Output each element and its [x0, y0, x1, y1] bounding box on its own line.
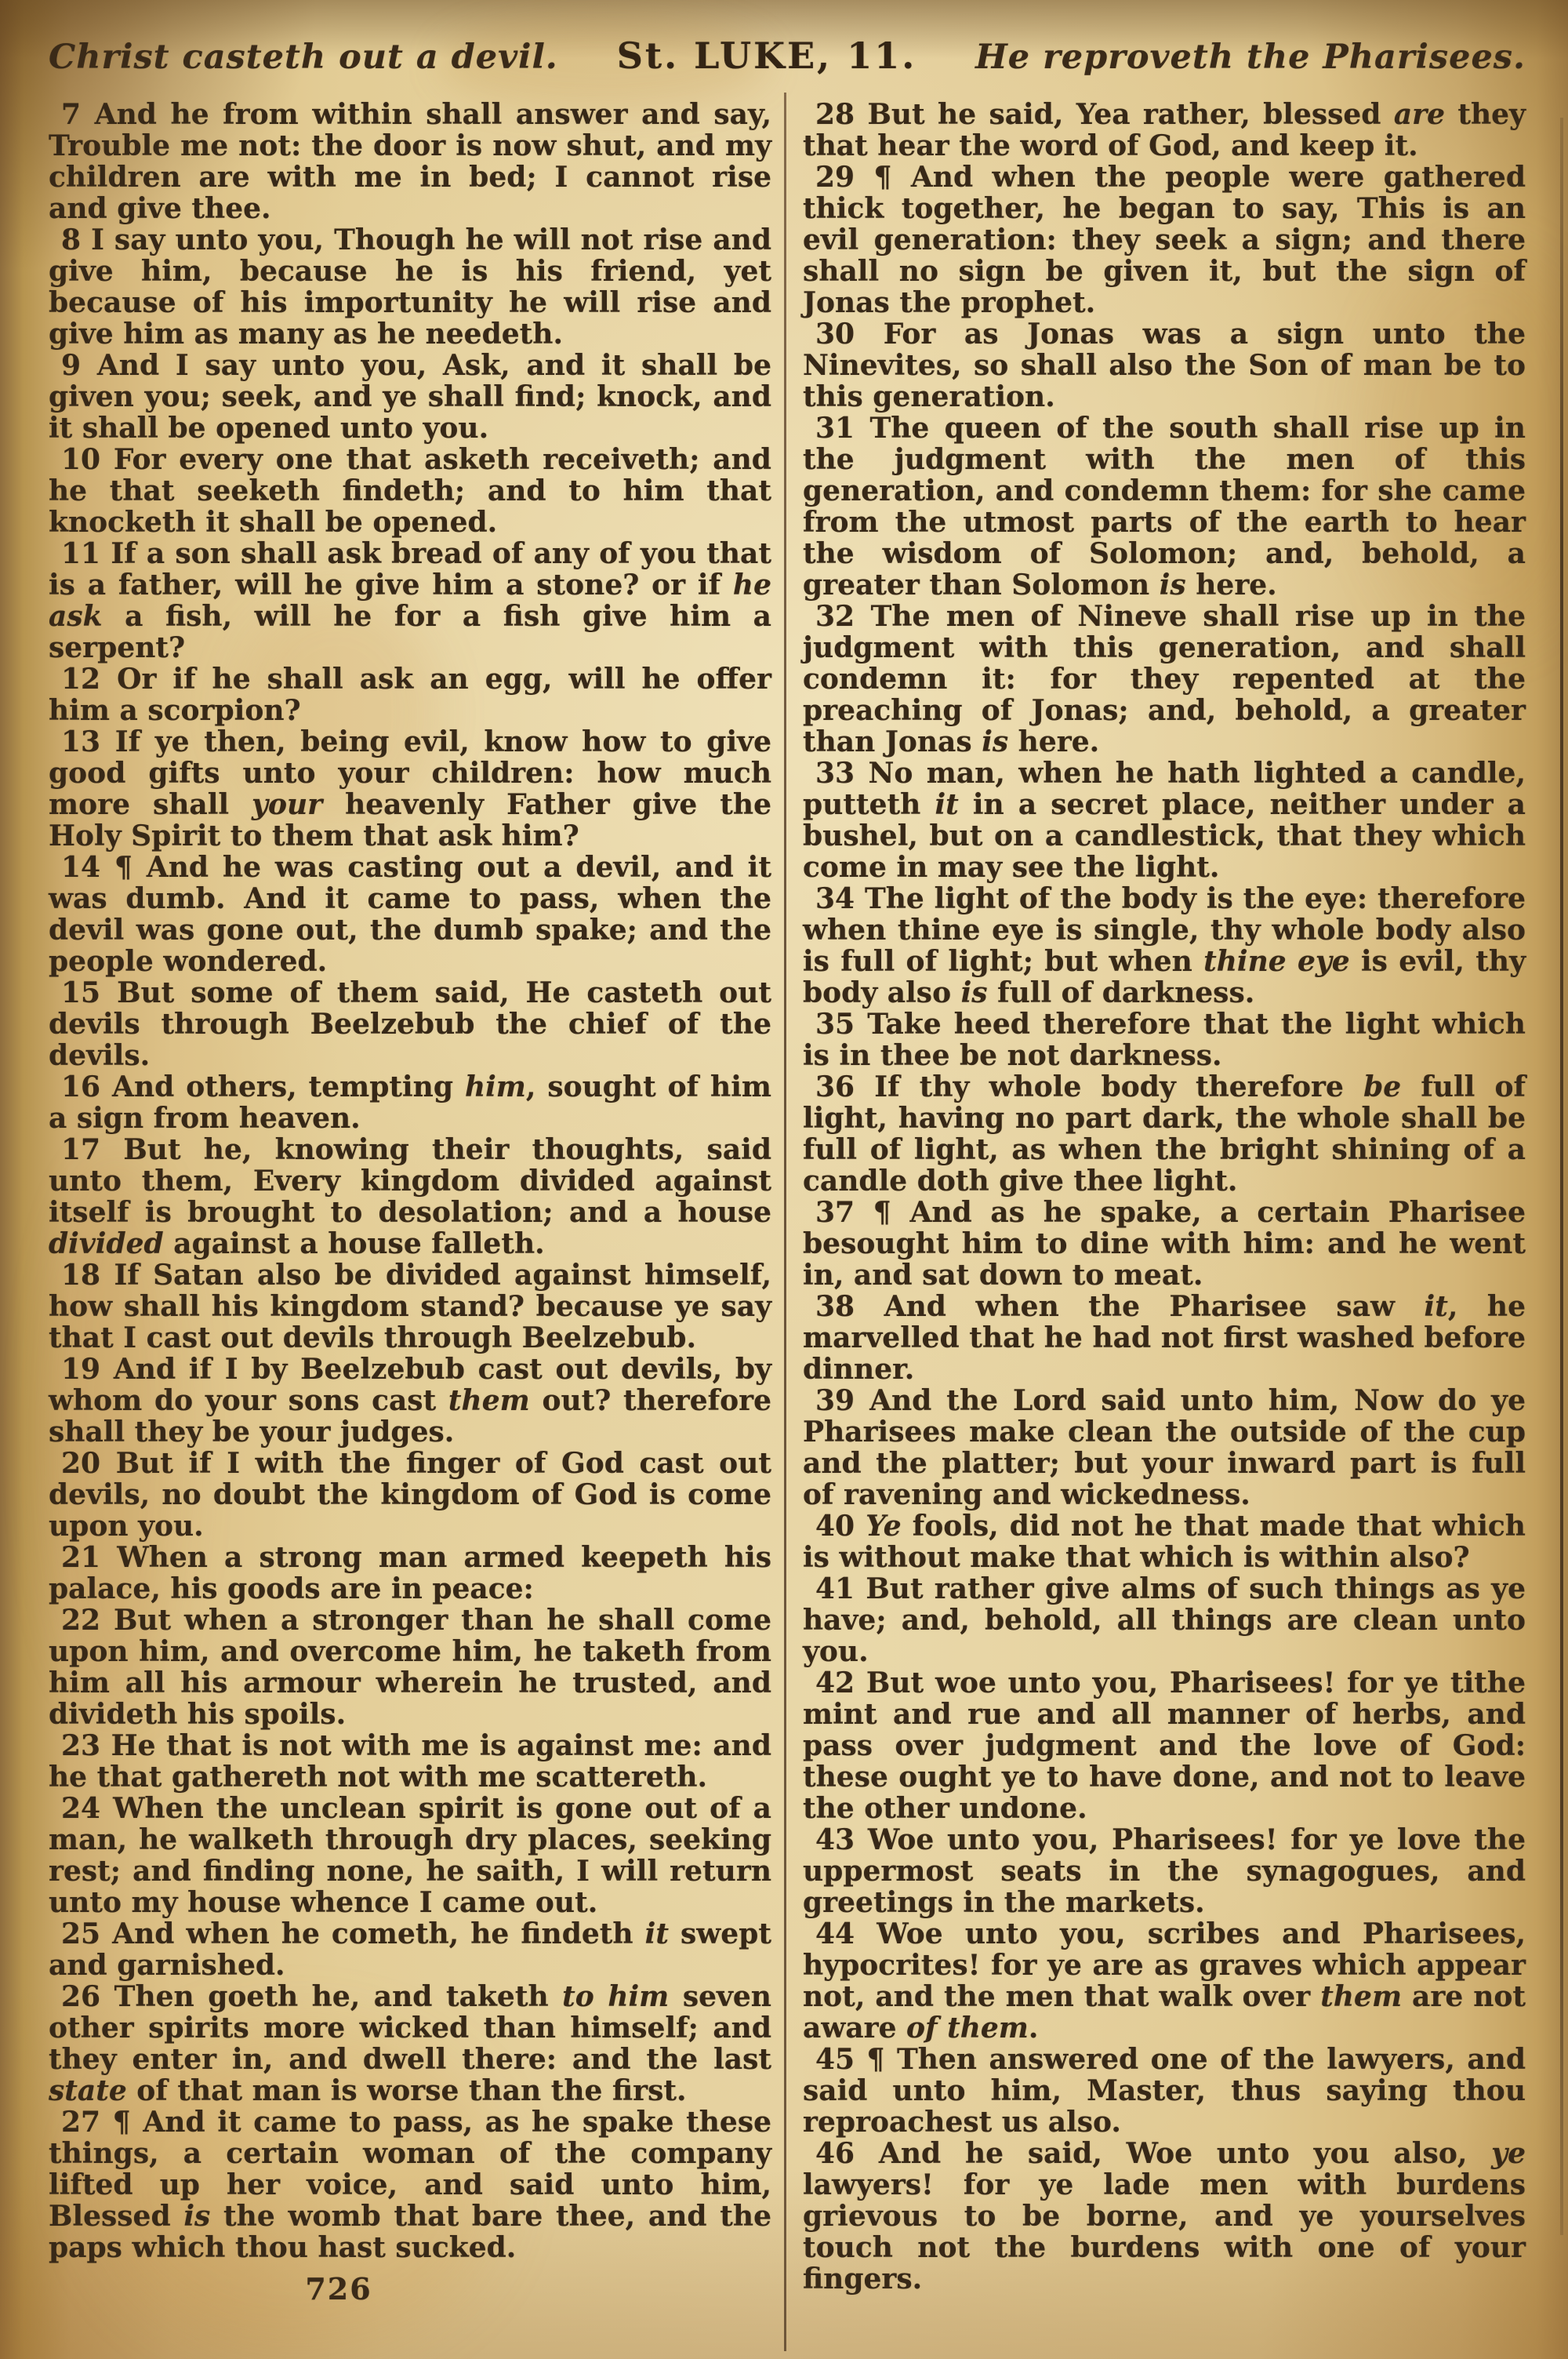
verse-45: 45 ¶ Then answered one of the lawyers, a…	[803, 2044, 1526, 2138]
italic-supplied-word: is	[1160, 569, 1186, 602]
verse-18: 18 If Satan also be divided against hims…	[49, 1259, 771, 1354]
verse-34: 34 The light of the body is the eye: the…	[803, 883, 1526, 1009]
verse-number: 41	[815, 1572, 855, 1605]
verse-28: 28 But he said, Yea rather, blessed are …	[803, 99, 1526, 162]
verse-19: 19 And if I by Beelzebub cast out devils…	[49, 1354, 771, 1448]
verse-7: 7 And he from within shall answer and sa…	[49, 99, 771, 224]
verse-number: 40	[815, 1510, 855, 1543]
verse-21: 21 When a strong man armed keepeth his p…	[49, 1542, 771, 1605]
italic-supplied-word: Ye	[866, 1510, 901, 1543]
page-number: 726	[49, 2271, 629, 2306]
verse-10: 10 For every one that asketh receiveth; …	[49, 444, 771, 538]
italic-supplied-word: state	[49, 2074, 127, 2107]
verse-9: 9 And I say unto you, Ask, and it shall …	[49, 350, 771, 444]
verse-number: 45 ¶	[815, 2043, 884, 2076]
page-edge-rule	[1560, 118, 1563, 2235]
italic-supplied-word: he ask	[49, 569, 771, 633]
running-header: Christ casteth out a devil. St. LUKE, 11…	[49, 35, 1526, 77]
verse-number: 10	[61, 443, 100, 476]
italic-supplied-word: are	[1394, 98, 1445, 131]
italic-supplied-word: to him	[562, 1980, 669, 2013]
italic-supplied-word: your	[252, 788, 322, 821]
verse-27: 27 ¶ And it came to pass, as he spake th…	[49, 2106, 771, 2263]
running-header-left: Christ casteth out a devil.	[49, 38, 558, 77]
verse-number: 11	[61, 537, 100, 570]
verse-number: 25	[61, 1917, 100, 1950]
italic-supplied-word: ye	[1491, 2137, 1526, 2170]
italic-supplied-word: him	[465, 1070, 526, 1103]
verse-number: 18	[61, 1259, 100, 1292]
verse-33: 33 No man, when he hath lighted a candle…	[803, 758, 1526, 883]
verse-number: 17	[61, 1133, 100, 1166]
verse-number: 32	[815, 600, 855, 633]
verse-number: 14 ¶	[61, 851, 132, 884]
verse-31: 31 The queen of the south shall rise up …	[803, 413, 1526, 601]
verse-20: 20 But if I with the finger of God cast …	[49, 1448, 771, 1542]
verse-42: 42 But woe unto you, Pharisees! for ye t…	[803, 1667, 1526, 1824]
verse-36: 36 If thy whole body therefore be full o…	[803, 1071, 1526, 1197]
verse-number: 39	[815, 1384, 855, 1417]
verse-number: 23	[61, 1729, 100, 1762]
italic-supplied-word: them	[1320, 1980, 1402, 2013]
italic-supplied-word: is	[183, 2200, 210, 2233]
verse-14: 14 ¶ And he was casting out a devil, and…	[49, 852, 771, 977]
verse-number: 16	[61, 1070, 100, 1103]
verse-24: 24 When the unclean spirit is gone out o…	[49, 1793, 771, 1918]
verse-number: 19	[61, 1353, 100, 1386]
left-text-column: 7 And he from within shall answer and sa…	[49, 99, 771, 2263]
verse-number: 15	[61, 976, 100, 1009]
italic-supplied-word: it	[1425, 1290, 1448, 1323]
verse-15: 15 But some of them said, He casteth out…	[49, 977, 771, 1071]
verse-number: 9	[61, 349, 81, 382]
verse-number: 26	[61, 1980, 100, 2013]
italic-supplied-word: of them	[906, 2012, 1029, 2045]
verse-number: 38	[815, 1290, 855, 1323]
verse-29: 29 ¶ And when the people were gathered t…	[803, 162, 1526, 318]
verse-number: 46	[815, 2137, 855, 2170]
italic-supplied-word: be	[1363, 1070, 1401, 1103]
verse-number: 42	[815, 1667, 855, 1699]
italic-supplied-word: them	[448, 1384, 530, 1417]
verse-number: 37 ¶	[815, 1196, 891, 1229]
verse-number: 43	[815, 1823, 855, 1856]
verse-43: 43 Woe unto you, Pharisees! for ye love …	[803, 1824, 1526, 1918]
verse-32: 32 The men of Nineve shall rise up in th…	[803, 601, 1526, 758]
verse-35: 35 Take heed therefore that the light wh…	[803, 1009, 1526, 1071]
verse-number: 31	[815, 412, 855, 445]
verse-40: 40 Ye fools, did not he that made that w…	[803, 1510, 1526, 1573]
verse-number: 27 ¶	[61, 2106, 131, 2139]
running-header-title: St. LUKE, 11.	[617, 35, 917, 77]
column-divider-rule	[784, 93, 786, 2351]
verse-number: 8	[61, 224, 81, 256]
verse-number: 22	[61, 1604, 100, 1637]
bible-scan-page: { "page": { "header": { "left": "Christ …	[0, 0, 1568, 2359]
verse-8: 8 I say unto you, Though he will not ris…	[49, 224, 771, 350]
verse-41: 41 But rather give alms of such things a…	[803, 1573, 1526, 1667]
verse-number: 24	[61, 1792, 100, 1825]
verse-number: 7	[61, 98, 81, 131]
verse-13: 13 If ye then, being evil, know how to g…	[49, 726, 771, 852]
verse-46: 46 And he said, Woe unto you also, ye la…	[803, 2138, 1526, 2295]
italic-supplied-word: it	[935, 788, 958, 821]
verse-26: 26 Then goeth he, and taketh to him seve…	[49, 1981, 771, 2106]
verse-number: 29 ¶	[815, 161, 891, 194]
italic-supplied-word: is	[961, 976, 988, 1009]
verse-25: 25 And when he cometh, he findeth it swe…	[49, 1918, 771, 1981]
verse-number: 30	[815, 318, 855, 351]
verse-number: 34	[815, 882, 855, 915]
verse-37: 37 ¶ And as he spake, a certain Pharisee…	[803, 1197, 1526, 1291]
verse-number: 13	[61, 725, 100, 758]
running-header-right: He reproveth the Pharisees.	[975, 38, 1526, 77]
verse-number: 20	[61, 1447, 100, 1480]
italic-supplied-word: thine eye	[1203, 945, 1350, 978]
verse-number: 28	[815, 98, 855, 131]
verse-16: 16 And others, tempting him, sought of h…	[49, 1071, 771, 1134]
right-text-column: 28 But he said, Yea rather, blessed are …	[803, 99, 1526, 2295]
verse-number: 33	[815, 757, 855, 790]
italic-supplied-word: it	[645, 1917, 669, 1950]
italic-supplied-word: is	[982, 725, 1008, 758]
italic-supplied-word: divided	[49, 1227, 164, 1260]
verse-number: 21	[61, 1541, 100, 1574]
verse-11: 11 If a son shall ask bread of any of yo…	[49, 538, 771, 663]
verse-23: 23 He that is not with me is against me:…	[49, 1730, 771, 1793]
verse-number: 36	[815, 1070, 855, 1103]
verse-12: 12 Or if he shall ask an egg, will he of…	[49, 663, 771, 726]
verse-22: 22 But when a stronger than he shall com…	[49, 1605, 771, 1730]
verse-number: 35	[815, 1008, 855, 1041]
verse-17: 17 But he, knowing their thoughts, said …	[49, 1134, 771, 1259]
verse-44: 44 Woe unto you, scribes and Pharisees, …	[803, 1918, 1526, 2044]
verse-number: 44	[815, 1917, 855, 1950]
verse-38: 38 And when the Pharisee saw it, he marv…	[803, 1291, 1526, 1385]
verse-number: 12	[61, 663, 100, 696]
verse-39: 39 And the Lord said unto him, Now do ye…	[803, 1385, 1526, 1510]
verse-30: 30 For as Jonas was a sign unto the Nine…	[803, 318, 1526, 413]
